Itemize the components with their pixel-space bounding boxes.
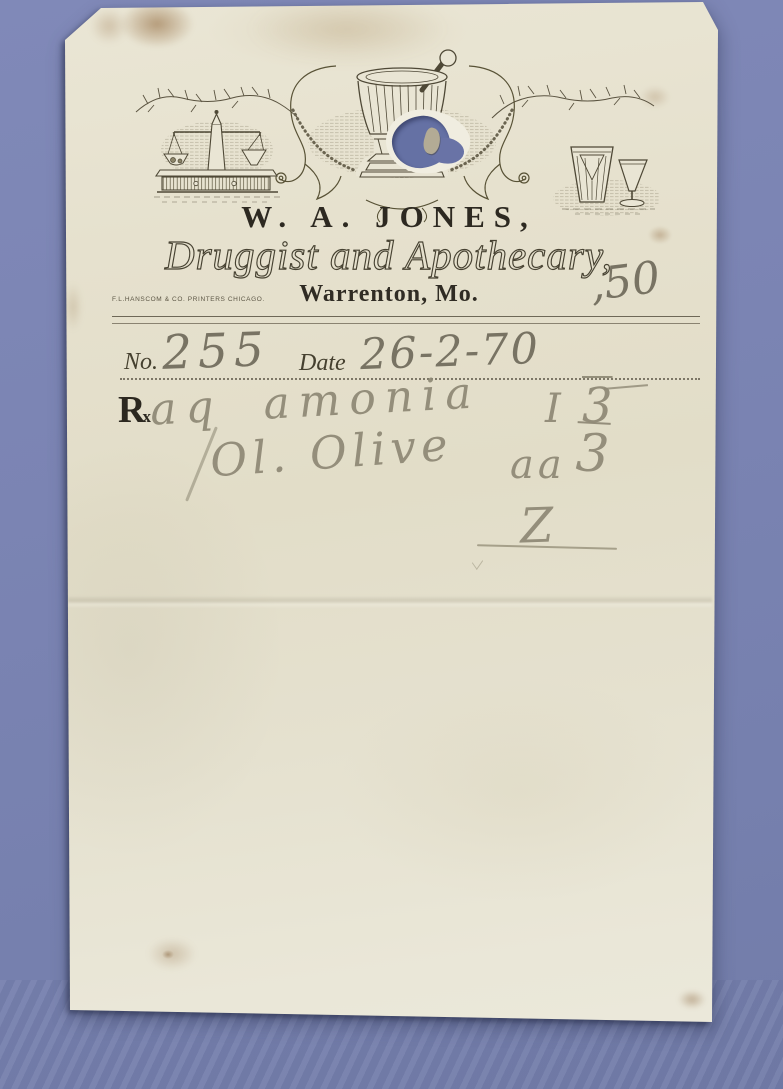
date-label: Date xyxy=(299,350,346,377)
no-label: No. xyxy=(124,349,158,376)
stain xyxy=(162,950,174,959)
balance-scale-icon xyxy=(154,110,280,202)
header-rule xyxy=(112,316,700,324)
vine-right-icon xyxy=(492,85,654,118)
rx-line2-unit: 3 xyxy=(574,423,610,485)
scanned-document-scene: W. A. JONES, Druggist and Apothecary, Wa… xyxy=(0,0,783,1089)
rx-line1-qty: I xyxy=(545,386,561,432)
pencil-tick xyxy=(472,554,483,570)
receipt-paper: W. A. JONES, Druggist and Apothecary, Wa… xyxy=(0,0,783,1089)
printer-credit: F.L.HANSCOM & CO. PRINTERS CHICAGO. xyxy=(112,296,265,303)
stain xyxy=(120,0,194,48)
business-name: W. A. JONES, xyxy=(65,199,713,235)
stain xyxy=(90,8,128,44)
rx-line2-qty: aa xyxy=(510,442,566,488)
handwritten-price: ,50 xyxy=(587,252,663,311)
handwritten-no: 255 xyxy=(161,322,271,381)
fold-crease xyxy=(68,596,712,608)
paper-shadow-wrap: W. A. JONES, Druggist and Apothecary, Wa… xyxy=(0,0,783,1089)
rx-symbol: Rx xyxy=(118,388,148,432)
stain xyxy=(678,990,706,1009)
